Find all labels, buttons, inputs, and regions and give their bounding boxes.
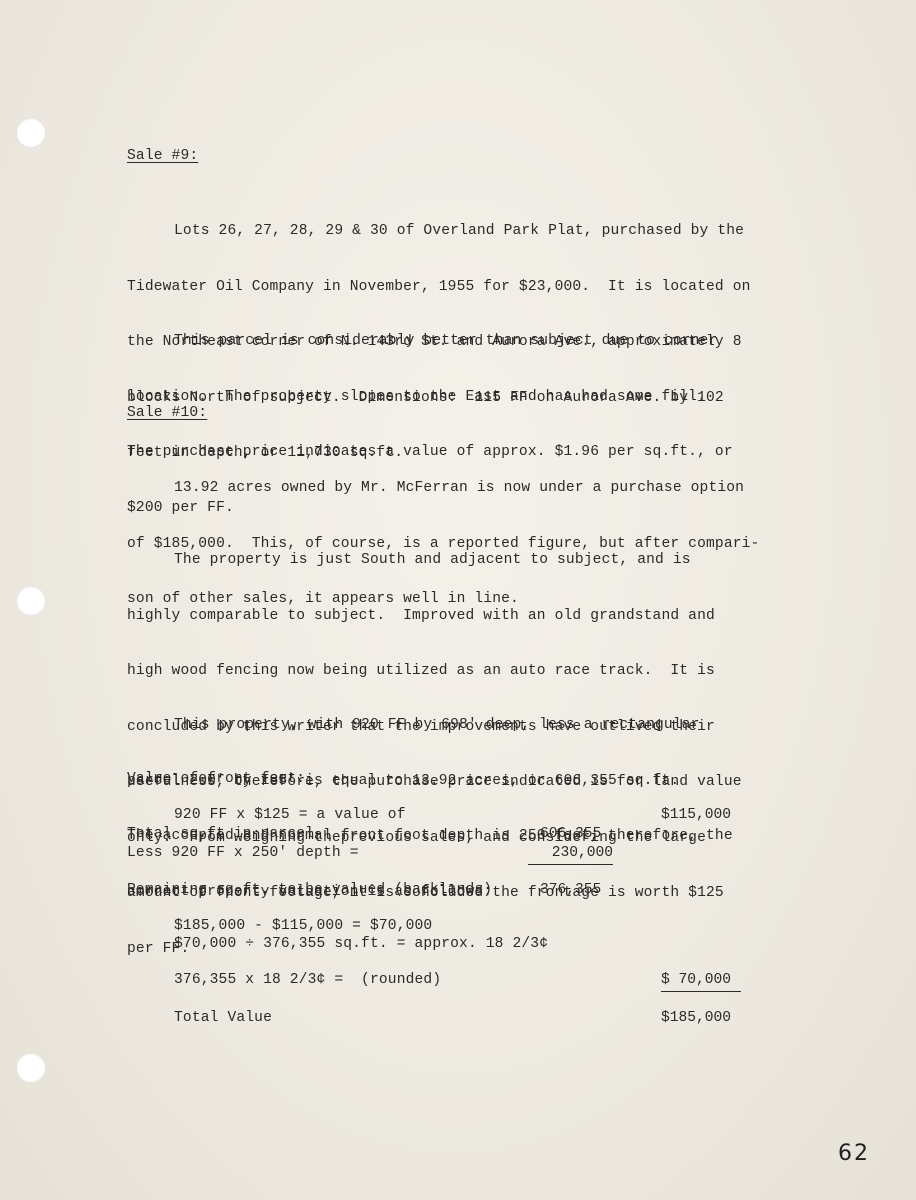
backland-calc-label: 376,355 x 18 2/3¢ = (rounded) — [174, 971, 441, 990]
binder-hole — [16, 1053, 46, 1083]
sale-10-heading: Sale #10: — [127, 404, 207, 423]
remaining-sqft-label: Remaining sq.ft. to be valued (backlands… — [127, 881, 492, 900]
total-value-label: Total Value — [174, 1009, 272, 1028]
remaining-sqft-value: 376,355 — [540, 881, 601, 900]
front-foot-calc-label: 920 FF x $125 = a value of — [174, 806, 406, 825]
less-depth-label: Less 920 FF x 250' depth = — [127, 844, 359, 863]
text-line: highly comparable to subject. Improved w… — [127, 607, 742, 626]
total-sqft-value: 606,355 — [540, 825, 601, 844]
text-line: high wood fencing now being utilized as … — [127, 662, 742, 681]
front-foot-value: $115,000 — [661, 806, 731, 825]
text-line: 13.92 acres owned by Mr. McFerran is now… — [127, 479, 759, 498]
binder-hole — [16, 586, 46, 616]
total-sqft-label: Total sq.ft in parcel — [127, 825, 314, 844]
document-page: Sale #9: Lots 26, 27, 28, 29 & 30 of Ove… — [0, 0, 916, 1200]
text-line: This property, with 920 FF by 698' deep,… — [127, 716, 733, 735]
backland-value: $ 70,000 — [661, 971, 741, 992]
text-line: Tidewater Oil Company in November, 1955 … — [127, 278, 751, 297]
sale-9-heading: Sale #9: — [127, 147, 198, 166]
total-value: $185,000 — [661, 1009, 731, 1028]
text-line: The property is just South and adjacent … — [127, 551, 742, 570]
text-line: This parcel is considerably better than … — [127, 332, 733, 351]
text-line: location. The property slopes to the Eas… — [127, 388, 733, 407]
page-number: 62 — [838, 1141, 870, 1166]
binder-hole — [16, 118, 46, 148]
calc-per-sqft: $70,000 ÷ 376,355 sq.ft. = approx. 18 2/… — [174, 935, 548, 954]
calc-difference: $185,000 - $115,000 = $70,000 — [174, 917, 432, 936]
text-line: Lots 26, 27, 28, 29 & 30 of Overland Par… — [127, 222, 751, 241]
valuation-label: Value of front feet: — [127, 770, 305, 789]
less-depth-value: 230,000 — [528, 844, 613, 865]
